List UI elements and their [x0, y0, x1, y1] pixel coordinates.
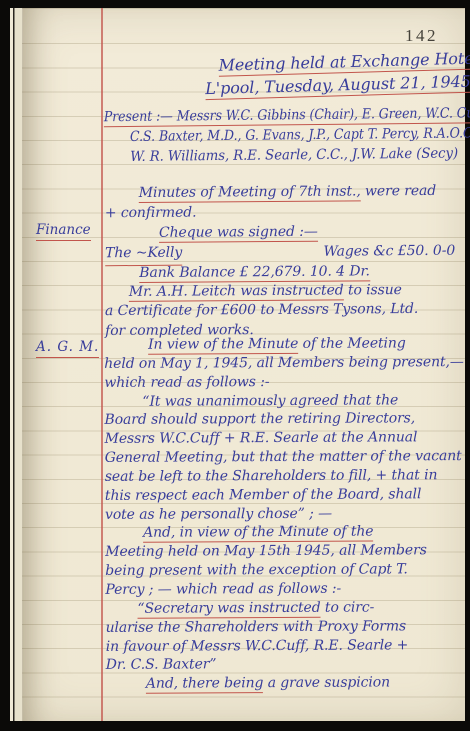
notebook-page: 142 Meeting held at Exchange Hotel, L'po… [22, 8, 465, 721]
agm-line: which read as follows :- [104, 374, 458, 395]
agm-line: Percy ; — which read as follows :- [105, 581, 459, 602]
agm-line: And, there being a grave suspicion [146, 675, 460, 695]
attendees-line-3: W. R. Williams, R.E. Searle, C.C., J.W. … [130, 146, 470, 170]
agm-line: in favour of Messrs W.C.Cuff, R.E. Searl… [106, 638, 460, 659]
agm-line: “Secretary was instructed to circ- [137, 600, 459, 621]
attendees-section: Present :— Messrs W.C. Gibbins (Chair), … [104, 106, 470, 170]
agm-line: vote as he personally chose” ; — [105, 506, 459, 527]
minutes-confirmation-section: Minutes of Meeting of 7th inst., were re… [105, 184, 456, 286]
page-number: 142 [405, 26, 438, 46]
wages-amount: Wages &c £50. 0-0 [323, 244, 455, 265]
agm-resolutions-section: In view of the Minute of the Meeting hel… [104, 336, 460, 696]
minutes-confirmed-line: + confirmed. [105, 204, 455, 226]
kelly-wages-line: The ~Kelly Wages &c £50. 0-0 [105, 244, 455, 266]
minutes-read-line: Minutes of Meeting of 7th inst., were re… [139, 184, 455, 206]
red-margin-rule-line [101, 8, 103, 721]
margin-note-agm: A. G. M. [36, 339, 99, 358]
margin-note-finance: Finance [36, 222, 91, 241]
scanned-minutes-page: 142 Meeting held at Exchange Hotel, L'po… [0, 0, 470, 731]
leitch-line-2: a Certificate for £600 to Messrs Tysons,… [105, 302, 418, 324]
header-line-date: L'pool, Tuesday, August 21, 1945. [205, 73, 470, 104]
agm-line: this respect each Member of the Board, s… [105, 487, 459, 508]
kelly-label: The ~Kelly [105, 246, 182, 267]
book-binding-edge [10, 8, 22, 721]
agm-line: being present with the exception of Capt… [105, 562, 459, 583]
agm-line: held on May 1, 1945, all Members being p… [104, 355, 458, 376]
meeting-header: Meeting held at Exchange Hotel, L'pool, … [218, 50, 470, 103]
certificate-section: Mr. A.H. Leitch was instructed to issue … [105, 283, 419, 343]
agm-line: Dr. C.S. Baxter” [106, 656, 460, 677]
